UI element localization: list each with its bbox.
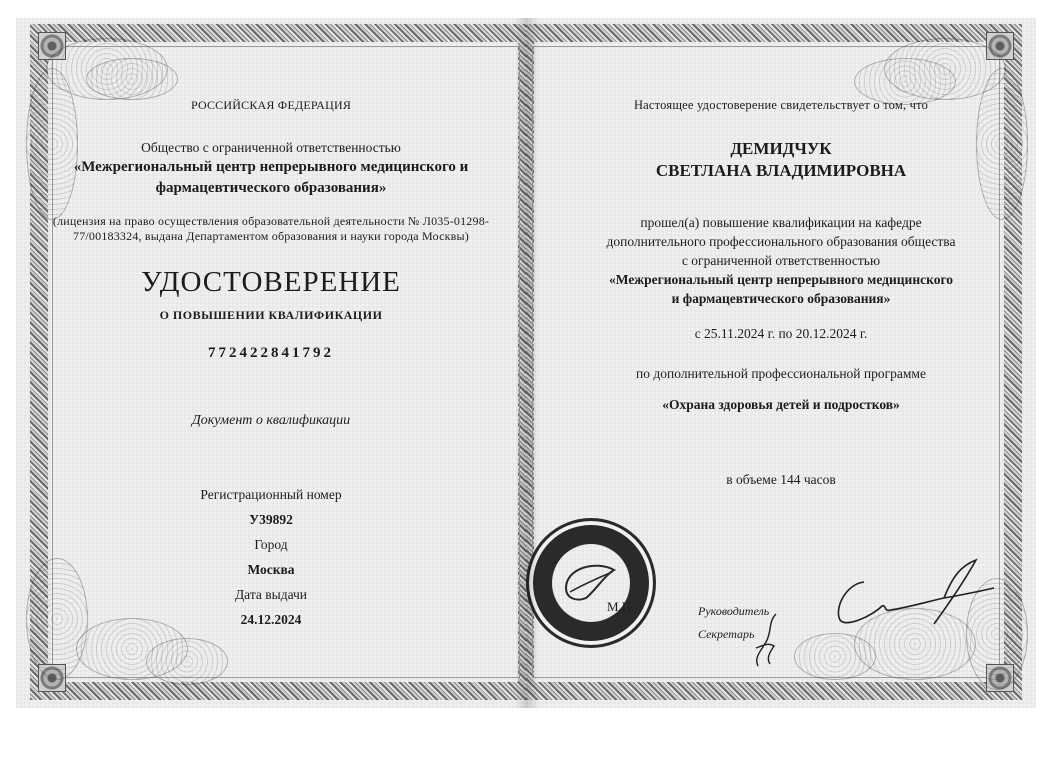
city-label: Город [16, 535, 526, 554]
document-subtitle: О ПОВЫШЕНИИ КВАЛИФИКАЦИИ [16, 308, 526, 323]
org-name-line2: и фармацевтического образования» [526, 289, 1036, 308]
secretary-label: Секретарь [698, 627, 754, 642]
head-signature-icon [826, 558, 996, 628]
stamp-label: М.П. [607, 599, 634, 615]
guilloche-ornament-icon [794, 633, 876, 680]
org-name-line2: фармацевтического образования» [16, 178, 526, 199]
license-line1: (лицензия на право осуществления образов… [16, 214, 526, 229]
reg-number: У39892 [16, 510, 526, 529]
body-line3: с ограниченной ответственностью [526, 251, 1036, 270]
guilloche-ornament-icon [86, 58, 178, 100]
secretary-signature-icon [748, 612, 788, 672]
body-line1: прошел(а) повышение квалификации на кафе… [526, 213, 1036, 232]
right-page: Настоящее удостоверение свидетельствует … [526, 18, 1036, 708]
document-number: 772422841792 [16, 345, 526, 362]
document-title: УДОСТОВЕРЕНИЕ [16, 266, 526, 299]
page-fold [516, 18, 538, 708]
program-name: «Охрана здоровья детей и подростков» [526, 395, 1036, 414]
reg-number-label: Регистрационный номер [16, 485, 526, 504]
city-value: Москва [16, 560, 526, 579]
body-line2: дополнительного профессионального образо… [526, 232, 1036, 251]
recipient-given-names: СВЕТЛАНА ВЛАДИМИРОВНА [526, 160, 1036, 182]
country-label: РОССИЙСКАЯ ФЕДЕРАЦИЯ [16, 98, 526, 113]
document-type: Документ о квалификации [16, 413, 526, 429]
training-period: с 25.11.2024 г. по 20.12.2024 г. [526, 324, 1036, 343]
official-seal-icon: М.П. [526, 518, 656, 648]
org-name-line1: «Межрегиональный центр непрерывного меди… [526, 270, 1036, 289]
guilloche-ornament-icon [146, 638, 228, 685]
intro-text: Настоящее удостоверение свидетельствует … [526, 98, 1036, 113]
org-name-line1: «Межрегиональный центр непрерывного меди… [16, 157, 526, 178]
program-intro: по дополнительной профессиональной прогр… [526, 364, 1036, 383]
issue-date: 24.12.2024 [16, 610, 526, 629]
certificate-spread: РОССИЙСКАЯ ФЕДЕРАЦИЯ Общество с ограниче… [16, 18, 1036, 708]
license-line2: 77/00183324, выдана Департаментом образо… [16, 229, 526, 244]
course-volume: в объеме 144 часов [526, 470, 1036, 489]
issue-date-label: Дата выдачи [16, 585, 526, 604]
org-type: Общество с ограниченной ответственностью [16, 138, 526, 157]
left-page: РОССИЙСКАЯ ФЕДЕРАЦИЯ Общество с ограниче… [16, 18, 526, 708]
recipient-surname: ДЕМИДЧУК [526, 138, 1036, 160]
